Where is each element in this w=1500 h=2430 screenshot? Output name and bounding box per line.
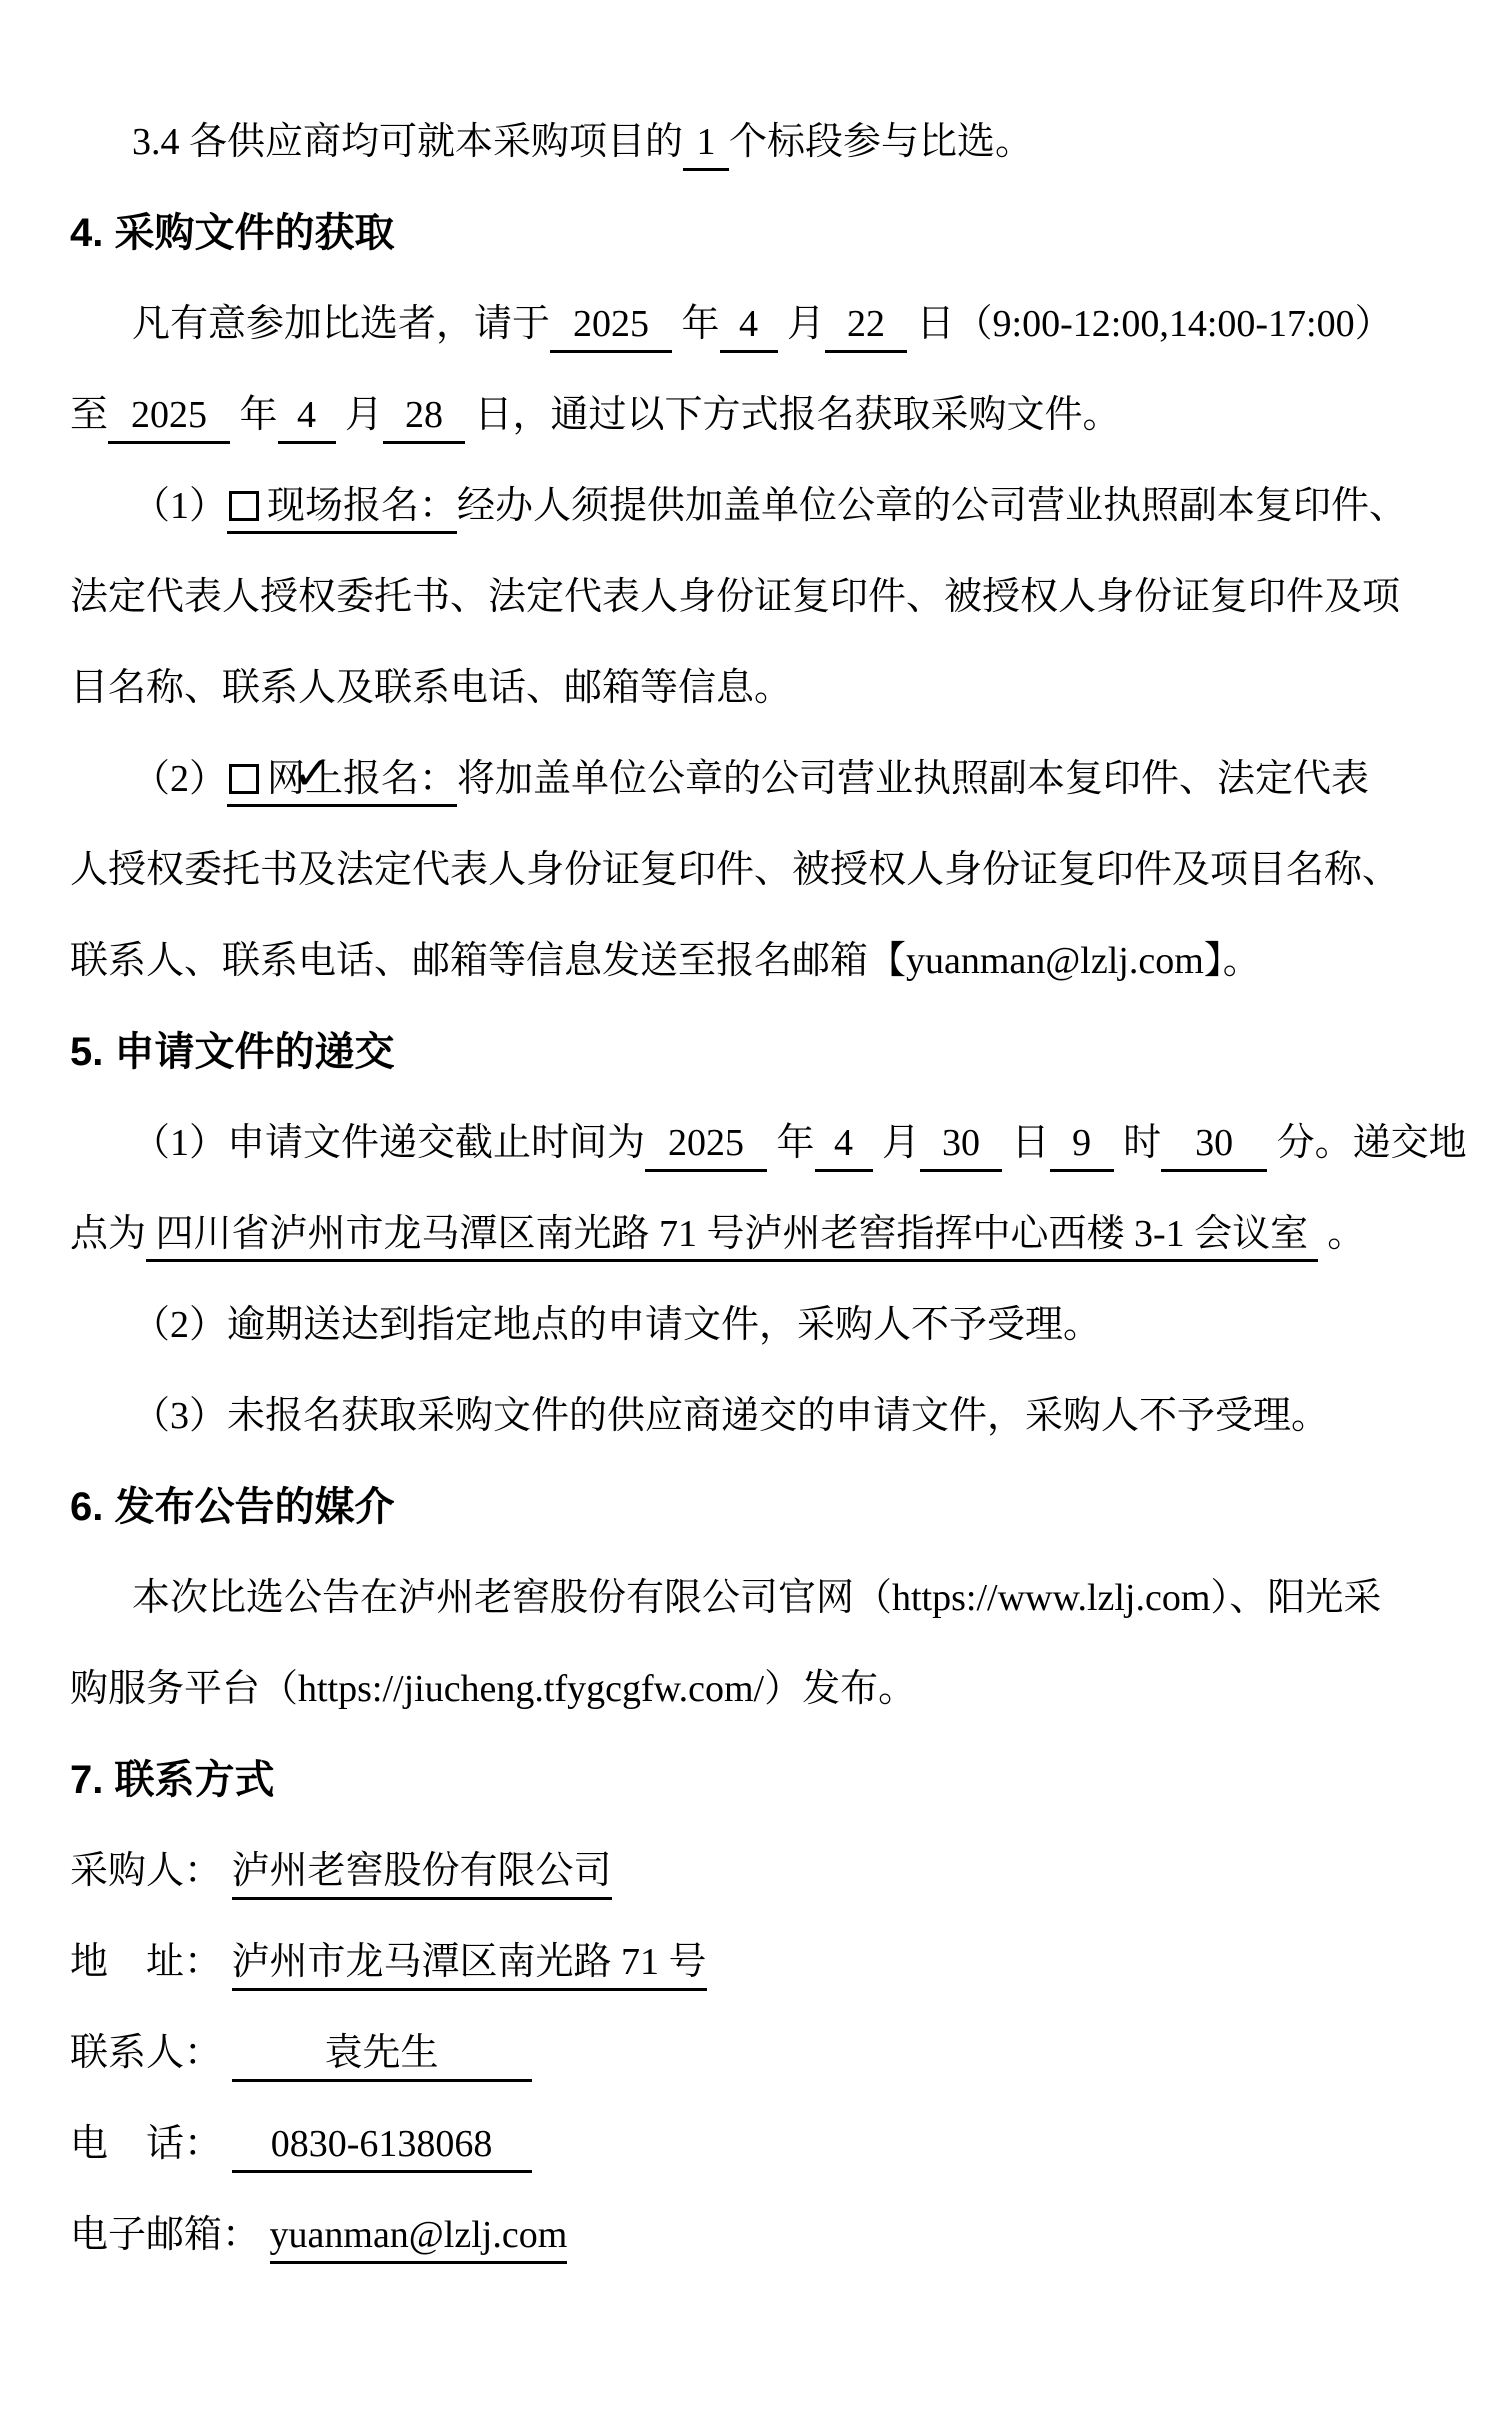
fill-in-blank: 9 bbox=[1050, 1122, 1114, 1172]
text-run: 月 bbox=[873, 1122, 921, 1164]
text-run: 7. 联系方式 bbox=[70, 1758, 274, 1802]
text-run: 年 bbox=[767, 1122, 815, 1164]
para-registration-period-line-2: 至2025 年4 月28 日，通过以下方式报名获取采购文件。 bbox=[70, 370, 1440, 461]
fill-in-blank: 1 bbox=[683, 121, 729, 171]
text-run: 月 bbox=[336, 394, 384, 436]
contact-purchaser: 采购人： 泸州老窖股份有限公司 bbox=[70, 1826, 1440, 1917]
fill-in-blank: 2025 bbox=[550, 303, 672, 353]
fill-in-blank: yuanman@lzlj.com bbox=[270, 2214, 568, 2264]
text-run: 年 bbox=[230, 394, 278, 436]
text-run: 时 bbox=[1114, 1122, 1162, 1164]
underlined-text: 四川省泸州市龙马潭区南光路 71 号泸州老窖指挥中心西楼 3-1 会议室 bbox=[146, 1213, 1318, 1262]
para-onsite-registration-line-2: 法定代表人授权委托书、法定代表人身份证复印件、被授权人身份证复印件及项 bbox=[70, 552, 1440, 643]
text-run: 将加盖单位公章的公司营业执照副本复印件、法定代表 bbox=[457, 758, 1369, 800]
text-run: 5. 申请文件的递交 bbox=[70, 1030, 394, 1074]
checkbox-checked-icon bbox=[229, 764, 259, 794]
para-late-delivery: （2）逾期送达到指定地点的申请文件，采购人不予受理。 bbox=[70, 1280, 1440, 1371]
document-page: 3.4 各供应商均可就本采购项目的1个标段参与比选。4. 采购文件的获取凡有意参… bbox=[0, 0, 1500, 2430]
text-run: 电 话： bbox=[70, 2123, 232, 2165]
text-run: 6. 发布公告的媒介 bbox=[70, 1485, 394, 1529]
fill-in-blank: 0830-6138068 bbox=[232, 2123, 532, 2173]
heading-section-4: 4. 采购文件的获取 bbox=[70, 188, 1440, 279]
text-run: 日（9:00-12:00,14:00-17:00） bbox=[907, 303, 1393, 345]
contact-person: 联系人： 袁先生 bbox=[70, 2008, 1440, 2099]
fill-in-blank: 4 bbox=[278, 394, 336, 444]
heading-section-7: 7. 联系方式 bbox=[70, 1735, 1440, 1826]
text-run: 法定代表人授权委托书、法定代表人身份证复印件、被授权人身份证复印件及项 bbox=[70, 576, 1400, 618]
clause-3-4: 3.4 各供应商均可就本采购项目的1个标段参与比选。 bbox=[70, 97, 1440, 188]
fill-in-blank: 袁先生 bbox=[232, 2032, 532, 2082]
contact-address: 地 址： 泸州市龙马潭区南光路 71 号 bbox=[70, 1917, 1440, 2008]
heading-section-6: 6. 发布公告的媒介 bbox=[70, 1462, 1440, 1553]
text-run: 日，通过以下方式报名获取采购文件。 bbox=[465, 394, 1121, 436]
para-submission-deadline-line-2: 点为 四川省泸州市龙马潭区南光路 71 号泸州老窖指挥中心西楼 3-1 会议室 … bbox=[70, 1189, 1440, 1280]
fill-in-blank: 2025 bbox=[645, 1122, 767, 1172]
text-run: 人授权委托书及法定代表人身份证复印件、被授权人身份证复印件及项目名称、 bbox=[70, 849, 1400, 891]
fill-in-blank: 4 bbox=[815, 1122, 873, 1172]
text-run: 4. 采购文件的获取 bbox=[70, 211, 394, 255]
fill-in-blank: 22 bbox=[825, 303, 907, 353]
para-unregistered-supplier: （3）未报名获取采购文件的供应商递交的申请文件，采购人不予受理。 bbox=[70, 1371, 1440, 1462]
fill-in-blank: 30 bbox=[1161, 1122, 1267, 1172]
text-run: 月 bbox=[778, 303, 826, 345]
text-run: （2） bbox=[132, 758, 227, 800]
text-run: 分。递交地 bbox=[1267, 1122, 1467, 1164]
para-onsite-registration-line-3: 目名称、联系人及联系电话、邮箱等信息。 bbox=[70, 643, 1440, 734]
text-run: 3.4 各供应商均可就本采购项目的 bbox=[132, 121, 683, 163]
text-run: 至 bbox=[70, 394, 108, 436]
text-run: 地 址： bbox=[70, 1941, 232, 1983]
fill-in-blank: 4 bbox=[720, 303, 778, 353]
text-run: 个标段参与比选。 bbox=[729, 121, 1033, 163]
checkbox-empty-icon bbox=[229, 491, 259, 521]
text-run: 。 bbox=[1318, 1213, 1366, 1255]
document-body: 3.4 各供应商均可就本采购项目的1个标段参与比选。4. 采购文件的获取凡有意参… bbox=[70, 97, 1440, 2281]
para-online-registration-line-3: 联系人、联系电话、邮箱等信息发送至报名邮箱【yuanman@lzlj.com】。 bbox=[70, 916, 1440, 1007]
underlined-text: 网上报名： bbox=[227, 758, 457, 807]
heading-section-5: 5. 申请文件的递交 bbox=[70, 1007, 1440, 1098]
fill-in-blank: 2025 bbox=[108, 394, 230, 444]
para-online-registration-line-2: 人授权委托书及法定代表人身份证复印件、被授权人身份证复印件及项目名称、 bbox=[70, 825, 1440, 916]
text-run: （1） bbox=[132, 485, 227, 527]
text-run: 联系人： bbox=[70, 2032, 232, 2074]
text-run: 经办人须提供加盖单位公章的公司营业执照副本复印件、 bbox=[457, 485, 1407, 527]
fill-in-blank: 泸州老窖股份有限公司 bbox=[232, 1850, 612, 1900]
text-run: 年 bbox=[672, 303, 720, 345]
text-run: 购服务平台（https://jiucheng.tfygcgfw.com/）发布。 bbox=[70, 1668, 916, 1710]
text-run: 凡有意参加比选者，请于 bbox=[132, 303, 550, 345]
fill-in-blank: 泸州市龙马潭区南光路 71 号 bbox=[232, 1941, 707, 1991]
text-run: 目名称、联系人及联系电话、邮箱等信息。 bbox=[70, 667, 792, 709]
contact-email: 电子邮箱： yuanman@lzlj.com bbox=[70, 2190, 1440, 2281]
para-announcement-media-line-1: 本次比选公告在泸州老窖股份有限公司官网（https://www.lzlj.com… bbox=[70, 1553, 1440, 1644]
text-run: 本次比选公告在泸州老窖股份有限公司官网（https://www.lzlj.com… bbox=[132, 1577, 1381, 1619]
text-run: 联系人、联系电话、邮箱等信息发送至报名邮箱【yuanman@lzlj.com】。 bbox=[70, 940, 1261, 982]
fill-in-blank: 28 bbox=[383, 394, 465, 444]
text-run: （2）逾期送达到指定地点的申请文件，采购人不予受理。 bbox=[132, 1304, 1101, 1346]
text-run: 点为 bbox=[70, 1213, 146, 1255]
fill-in-blank: 30 bbox=[920, 1122, 1002, 1172]
para-submission-deadline-line-1: （1）申请文件递交截止时间为2025 年4 月30 日9 时30 分。递交地 bbox=[70, 1098, 1440, 1189]
para-announcement-media-line-2: 购服务平台（https://jiucheng.tfygcgfw.com/）发布。 bbox=[70, 1644, 1440, 1735]
text-run: 采购人： bbox=[70, 1850, 232, 1892]
para-registration-period-line-1: 凡有意参加比选者，请于2025 年4 月22 日（9:00-12:00,14:0… bbox=[70, 279, 1440, 370]
text-run: （1）申请文件递交截止时间为 bbox=[132, 1122, 645, 1164]
contact-phone: 电 话： 0830-6138068 bbox=[70, 2099, 1440, 2190]
para-onsite-registration-line-1: （1）现场报名：经办人须提供加盖单位公章的公司营业执照副本复印件、 bbox=[70, 461, 1440, 552]
text-run: 电子邮箱： bbox=[70, 2214, 270, 2256]
underlined-text: 现场报名： bbox=[227, 485, 457, 534]
text-run: （3）未报名获取采购文件的供应商递交的申请文件，采购人不予受理。 bbox=[132, 1395, 1329, 1437]
text-run: 日 bbox=[1002, 1122, 1050, 1164]
para-online-registration-line-1: （2）网上报名：将加盖单位公章的公司营业执照副本复印件、法定代表 bbox=[70, 734, 1440, 825]
